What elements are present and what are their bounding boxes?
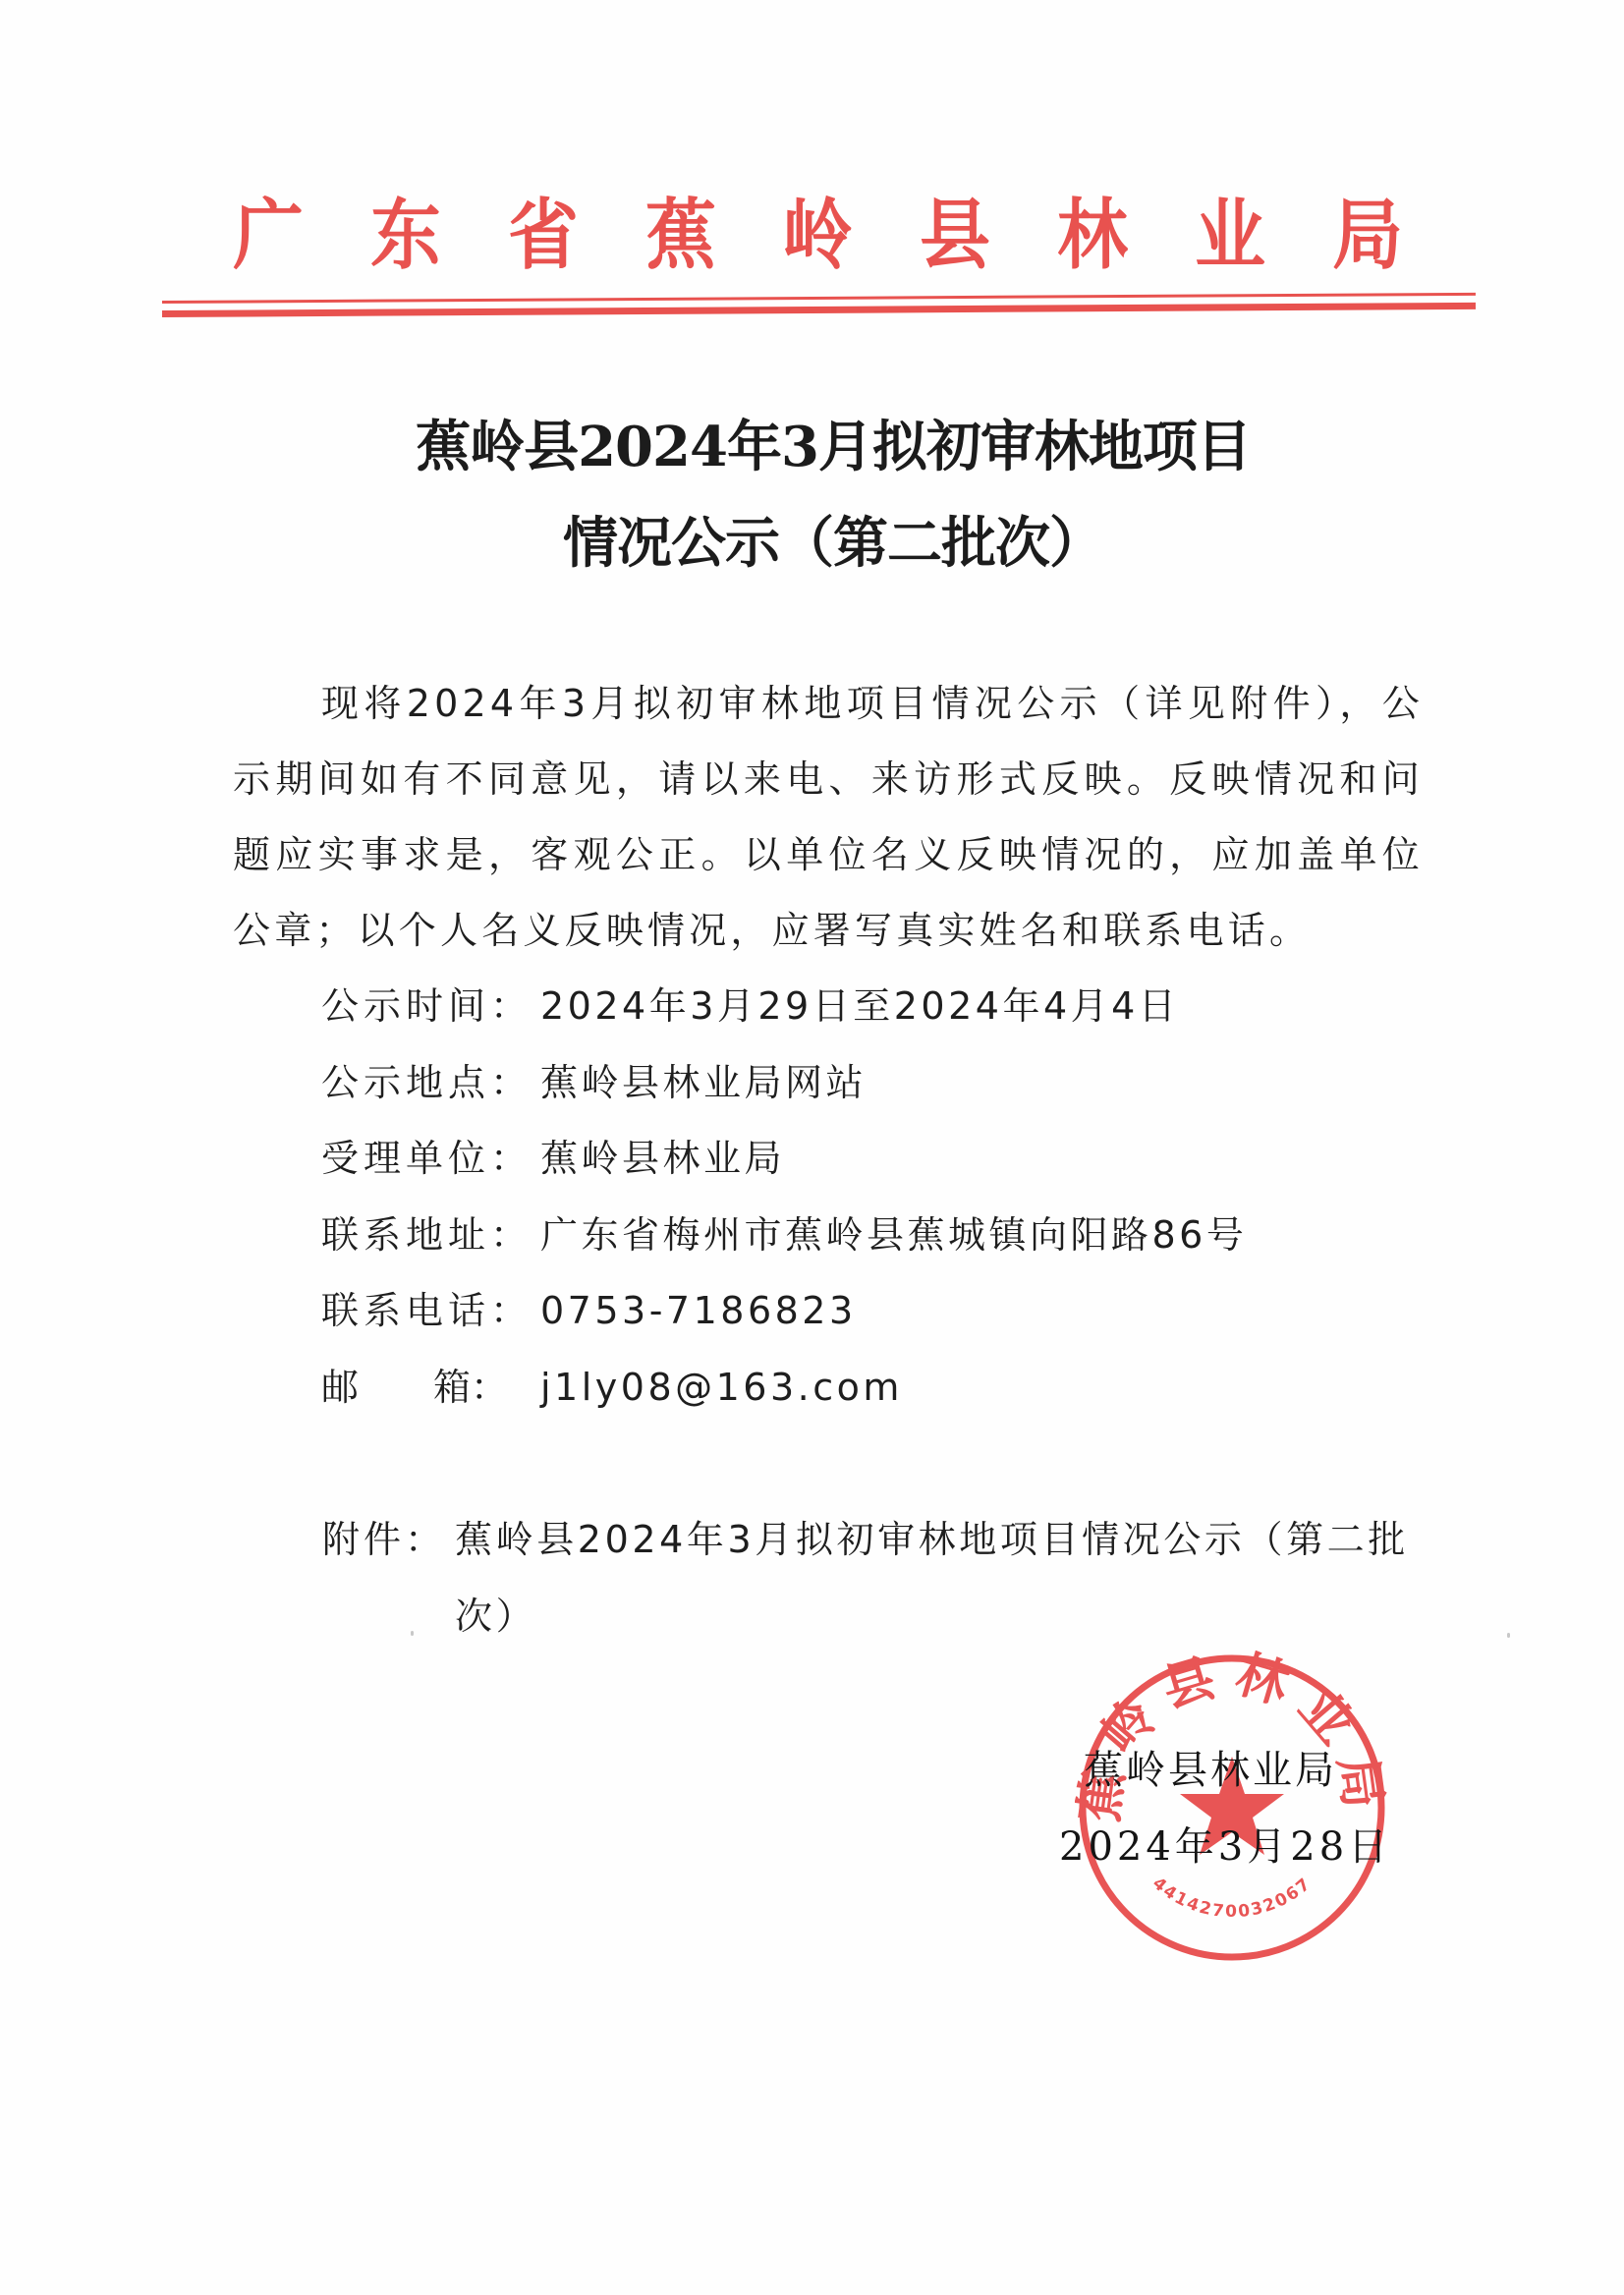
letterhead-char: 蕉 xyxy=(645,187,716,285)
attachment-section: 附件： 蕉岭县2024年3月拟初审林地项目情况公示（第二批次） xyxy=(322,1501,1428,1654)
info-value: 0753-7186823 xyxy=(540,1273,857,1350)
letterhead-char: 林 xyxy=(1057,187,1128,285)
letterhead-char: 广 xyxy=(233,187,304,285)
info-row-publicity-time: 公示时间： 2024年3月29日至2024年4月4日 xyxy=(321,969,1247,1045)
info-label: 公示地点： xyxy=(321,1045,540,1122)
document-title-line-2: 情况公示（第二批次） xyxy=(0,509,1624,578)
svg-text:4414270032067: 4414270032067 xyxy=(1148,1874,1316,1922)
letterhead-char: 业 xyxy=(1195,187,1265,285)
scan-artifact xyxy=(1507,1633,1510,1638)
letterhead: 广 东 省 蕉 岭 县 林 业 局 xyxy=(162,187,1476,285)
info-label: 联系地址： xyxy=(321,1198,540,1274)
letterhead-char: 县 xyxy=(920,187,990,285)
body-section: 现将2024年3月拟初审林地项目情况公示（详见附件），公示期间如有不同意见，请以… xyxy=(233,666,1424,969)
info-row-email: 邮 箱： j1ly08@163.com xyxy=(321,1350,1247,1427)
attachment-label: 附件： xyxy=(322,1501,455,1654)
official-seal-icon: 蕉岭县林业局 4414270032067 xyxy=(1075,1651,1389,1965)
email-value: j1ly08@163.com xyxy=(540,1350,903,1427)
info-label-left: 邮 xyxy=(321,1350,359,1427)
signature-date: 2024年3月28日 xyxy=(1059,1816,1391,1872)
body-paragraph: 现将2024年3月拟初审林地项目情况公示（详见附件），公示期间如有不同意见，请以… xyxy=(233,666,1424,969)
info-label: 邮 箱： xyxy=(321,1350,508,1427)
info-label: 联系电话： xyxy=(321,1273,540,1350)
letterhead-char: 省 xyxy=(508,187,579,285)
signature-organization: 蕉岭县林业局 xyxy=(1084,1739,1337,1795)
contact-info-list: 公示时间： 2024年3月29日至2024年4月4日 公示地点： 蕉岭县林业局网… xyxy=(321,969,1247,1426)
letterhead-rule-thick xyxy=(162,303,1476,317)
info-row-handling-unit: 受理单位： 蕉岭县林业局 xyxy=(321,1121,1247,1198)
scan-artifact xyxy=(411,1631,414,1636)
letterhead-rule-thin xyxy=(162,293,1476,304)
letterhead-title: 广 东 省 蕉 岭 县 林 业 局 xyxy=(230,187,1406,285)
document-title-line-1: 蕉岭县2024年3月拟初审林地项目 xyxy=(0,413,1624,481)
info-row-contact-phone: 联系电话： 0753-7186823 xyxy=(321,1273,1247,1350)
info-row-publicity-location: 公示地点： 蕉岭县林业局网站 xyxy=(321,1045,1247,1122)
letterhead-char: 局 xyxy=(1332,187,1403,285)
info-value: 蕉岭县林业局 xyxy=(540,1121,785,1198)
attachment-row: 附件： 蕉岭县2024年3月拟初审林地项目情况公示（第二批次） xyxy=(322,1501,1428,1654)
document-page: 广 东 省 蕉 岭 县 林 业 局 蕉岭县2024年3月拟初审林地项目 情况公示… xyxy=(0,0,1624,2295)
letterhead-char: 东 xyxy=(370,187,441,285)
info-row-contact-address: 联系地址： 广东省梅州市蕉岭县蕉城镇向阳路86号 xyxy=(321,1198,1247,1274)
info-value: 蕉岭县林业局网站 xyxy=(540,1045,867,1122)
info-label-right: 箱： xyxy=(433,1350,508,1427)
info-value: 广东省梅州市蕉岭县蕉城镇向阳路86号 xyxy=(540,1198,1247,1274)
info-value: 2024年3月29日至2024年4月4日 xyxy=(540,969,1179,1045)
attachment-title: 蕉岭县2024年3月拟初审林地项目情况公示（第二批次） xyxy=(455,1501,1428,1654)
letterhead-char: 岭 xyxy=(783,187,854,285)
info-label: 受理单位： xyxy=(321,1121,540,1198)
info-label: 公示时间： xyxy=(321,969,540,1045)
